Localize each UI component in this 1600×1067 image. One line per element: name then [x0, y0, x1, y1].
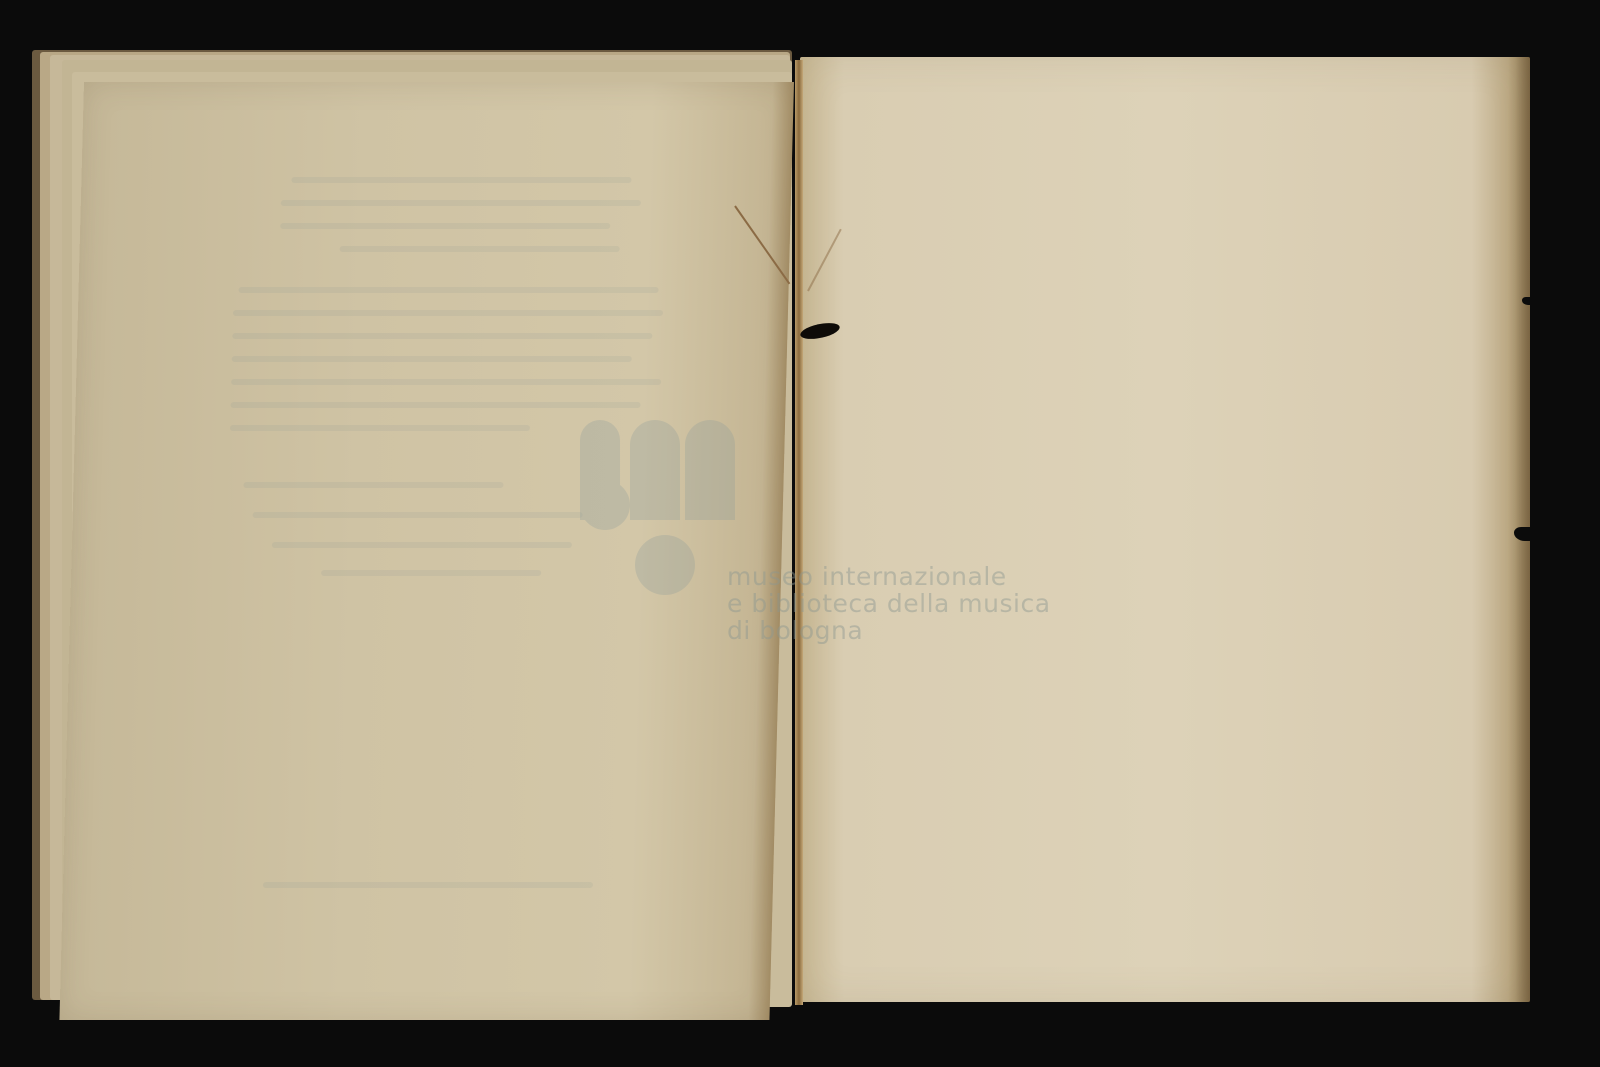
- watermark-text: museo internazionale e biblioteca della …: [727, 563, 1051, 644]
- spine-gutter: [795, 60, 803, 1005]
- show-through-text: [263, 882, 593, 888]
- show-through-text: [238, 287, 658, 293]
- watermark-line: museo internazionale: [727, 563, 1051, 590]
- show-through-text: [232, 356, 632, 362]
- show-through-text: [231, 379, 661, 385]
- show-through-text: [253, 512, 583, 518]
- show-through-text: [291, 177, 631, 183]
- show-through-text: [230, 425, 530, 431]
- show-through-text: [321, 570, 541, 576]
- show-through-text: [272, 542, 572, 548]
- show-through-text: [340, 246, 620, 252]
- watermark-line: di bologna: [727, 617, 1051, 644]
- logo-stroke: [685, 420, 735, 520]
- show-through-text: [280, 223, 610, 229]
- show-through-text: [281, 200, 641, 206]
- show-through-text: [232, 333, 652, 339]
- logo-dot: [635, 535, 695, 595]
- page-tear: [1522, 297, 1532, 305]
- right-page: [800, 57, 1530, 1002]
- show-through-text: [230, 402, 640, 408]
- watermark-line: e biblioteca della musica: [727, 590, 1051, 617]
- page-tear: [1514, 527, 1532, 541]
- logo-dot: [580, 480, 630, 530]
- show-through-text: [233, 310, 663, 316]
- show-through-text: [243, 482, 503, 488]
- open-book: museo internazionale e biblioteca della …: [0, 0, 1600, 1067]
- logo-stroke: [630, 420, 680, 520]
